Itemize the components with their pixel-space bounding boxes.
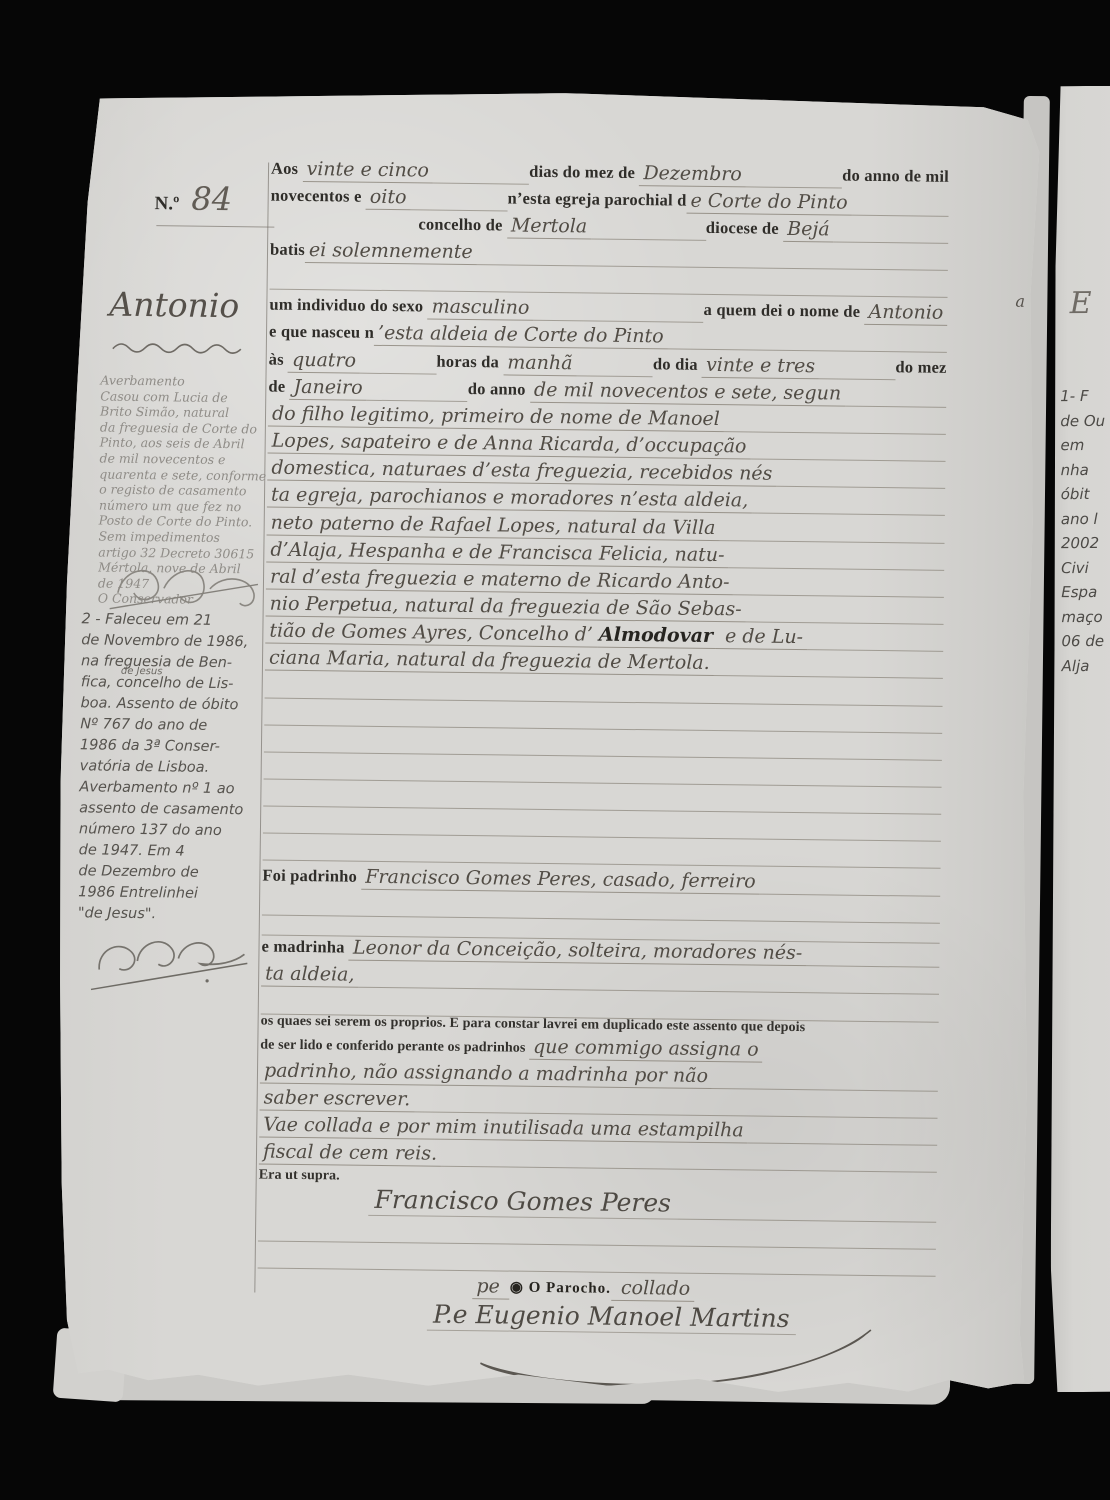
text-segment: dias do mez de (529, 162, 640, 186)
text-segment: do mez (895, 357, 946, 381)
text-segment: do dia (653, 354, 702, 378)
text-segment: às (269, 350, 289, 373)
note-line: 06 de (1061, 629, 1106, 654)
note-line: de Ou (1060, 408, 1105, 433)
text-segment: ei solemnemente (305, 239, 477, 265)
text-segment: pe (472, 1275, 510, 1299)
next-page-initial: E (1070, 286, 1092, 321)
text-segment: quatro (288, 349, 360, 374)
text-segment: fiscal de cem reis. (259, 1141, 441, 1167)
note-line: Alja (1062, 653, 1107, 678)
text-segment: Mertola (507, 214, 592, 239)
text-segment: a quem dei o nome de (703, 300, 864, 325)
note-line: Civi (1061, 555, 1106, 580)
text-segment: Foi padrinho (262, 866, 361, 890)
text-segment: Almodovar (597, 624, 715, 649)
text-segment: e que nasceu n (269, 322, 374, 346)
next-page-sliver: E 1- Fde Ouemnhaóbitano l2002CiviEspamaç… (1045, 86, 1110, 1392)
text-segment: e de Lu- (715, 625, 807, 650)
text-segment: saber escrever. (260, 1087, 415, 1113)
text-segment: ’esta aldeia de Corte do Pinto (374, 322, 668, 350)
text-segment: novecentos e (271, 186, 366, 210)
text-segment: oito (366, 186, 411, 211)
next-page-note-fragments: 1- Fde Ouemnhaóbitano l2002CiviEspamaço0… (1060, 384, 1106, 678)
text-segment: Bejá (783, 218, 834, 243)
text-segment: masculino (427, 295, 533, 320)
text-segment: vinte e tres (702, 354, 819, 379)
text-segment: Antonio (864, 301, 947, 326)
text-segment: do anno de mil (842, 166, 949, 190)
text-segment: diocese de (706, 218, 784, 242)
text-segment: e Corte do Pinto (686, 190, 851, 216)
note-line: maço (1061, 604, 1106, 629)
text-segment: ta aldeia, (261, 963, 359, 988)
text-segment: Dezembro (639, 162, 746, 187)
note-line: em (1060, 433, 1105, 458)
book-scan-background: N.º 84 Antonio AverbamentoCasou com Luci… (0, 0, 1110, 1500)
text-segment: do anno (468, 379, 530, 403)
text-segment: e madrinha (261, 937, 349, 961)
record-text-column: Aos vinte e cincodias do mez de Dezembro… (50, 82, 1046, 1412)
baptism-register-page: N.º 84 Antonio AverbamentoCasou com Luci… (50, 82, 1046, 1412)
text-segment: Aos (271, 159, 303, 182)
text-segment: batis (270, 240, 305, 263)
text-segment: manhã (503, 351, 576, 376)
text-segment: horas da (436, 352, 503, 376)
text-segment: um individuo do sexo (269, 295, 428, 320)
text-segment: Janeiro (289, 376, 366, 401)
page-edge-stack (95, 1382, 655, 1404)
note-line: óbit (1061, 482, 1106, 507)
text-segment: vinte e cinco (302, 158, 433, 184)
text-segment: n’esta egreja parochial d (507, 188, 686, 213)
note-line: 2002 (1061, 531, 1106, 556)
note-line: 1- F (1060, 384, 1105, 409)
text-segment: Francisco Gomes Peres (368, 1185, 677, 1220)
text-segment: de (268, 377, 290, 400)
rule-segment (257, 1325, 427, 1330)
note-line: Espa (1061, 580, 1106, 605)
text-segment: concelho de (418, 214, 507, 238)
note-line: ano l (1061, 506, 1106, 531)
stray-ink-mark: a (1015, 292, 1025, 311)
text-segment: que commigo assigna o (529, 1036, 763, 1063)
note-line: nha (1061, 457, 1106, 482)
